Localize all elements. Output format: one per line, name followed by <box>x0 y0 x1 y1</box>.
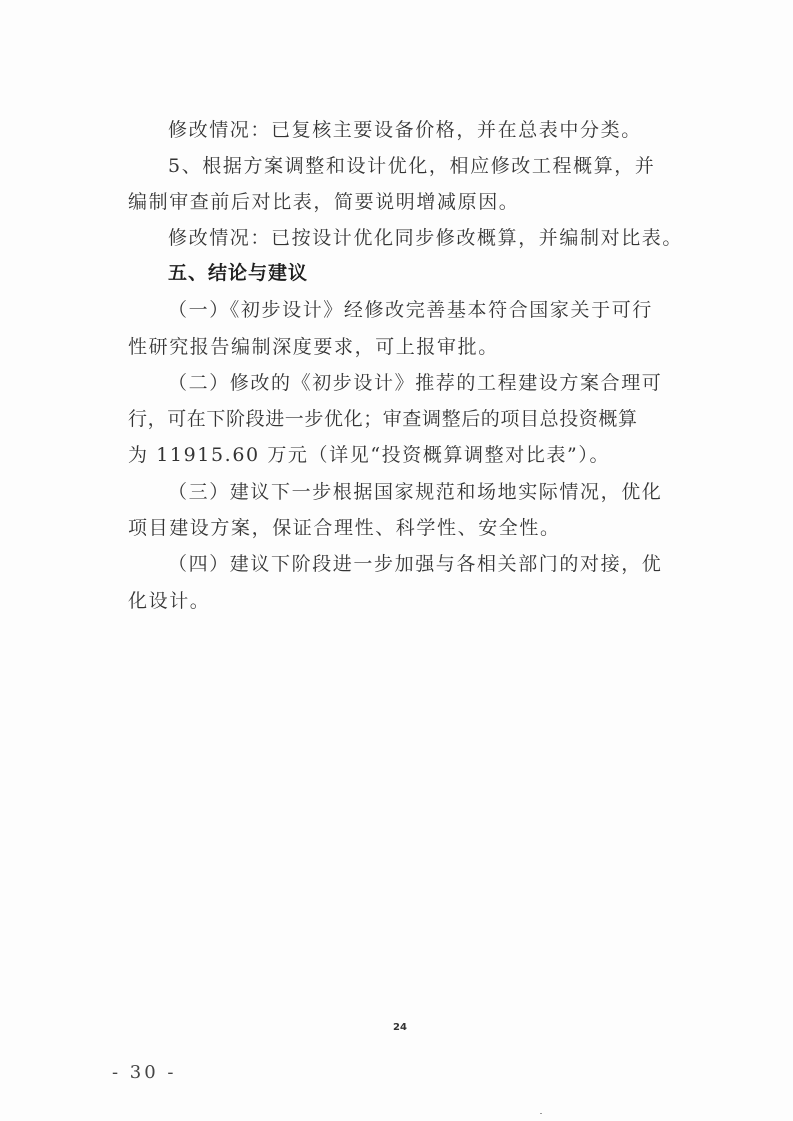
paragraph-line-conclusion-4-cont: 化设计。 <box>128 589 210 613</box>
paragraph-line-item5-cont: 编制审查前后对比表，简要说明增减原因。 <box>128 190 519 214</box>
section-heading: 五、结论与建议 <box>168 261 308 285</box>
document-page: 修改情况：已复核主要设备价格，并在总表中分类。 5、根据方案调整和设计优化，相应… <box>0 0 793 1121</box>
paragraph-line-conclusion-3-cont: 项目建设方案，保证合理性、科学性、安全性。 <box>128 516 561 540</box>
paragraph-line-conclusion-2-amount: 为 11915.60 万元（详见“投资概算调整对比表”）。 <box>128 443 610 467</box>
paragraph-line-revision-2: 修改情况：已按设计优化同步修改概算，并编制对比表。 <box>168 226 683 250</box>
paragraph-line-revision-1: 修改情况：已复核主要设备价格，并在总表中分类。 <box>168 118 642 142</box>
paragraph-line-conclusion-1: （一）《初步设计》经修改完善基本符合国家关于可行 <box>168 298 653 322</box>
paragraph-line-conclusion-2-cont: 行，可在下阶段进一步优化；审查调整后的项目总投资概算 <box>128 407 638 431</box>
paragraph-line-conclusion-3: （三）建议下一步根据国家规范和场地实际情况，优化 <box>168 480 662 504</box>
inner-page-number: 24 <box>393 1022 407 1033</box>
paragraph-line-item5: 5、根据方案调整和设计优化，相应修改工程概算，并 <box>168 154 656 178</box>
paragraph-line-conclusion-4: （四）建议下阶段进一步加强与各相关部门的对接，优 <box>168 552 662 576</box>
scan-artifact <box>540 1113 542 1114</box>
paragraph-line-conclusion-1-cont: 性研究报告编制深度要求，可上报审批。 <box>128 335 499 359</box>
paragraph-line-conclusion-2: （二）修改的《初步设计》推荐的工程建设方案合理可 <box>168 371 662 395</box>
outer-page-number: - 30 - <box>112 1062 177 1083</box>
